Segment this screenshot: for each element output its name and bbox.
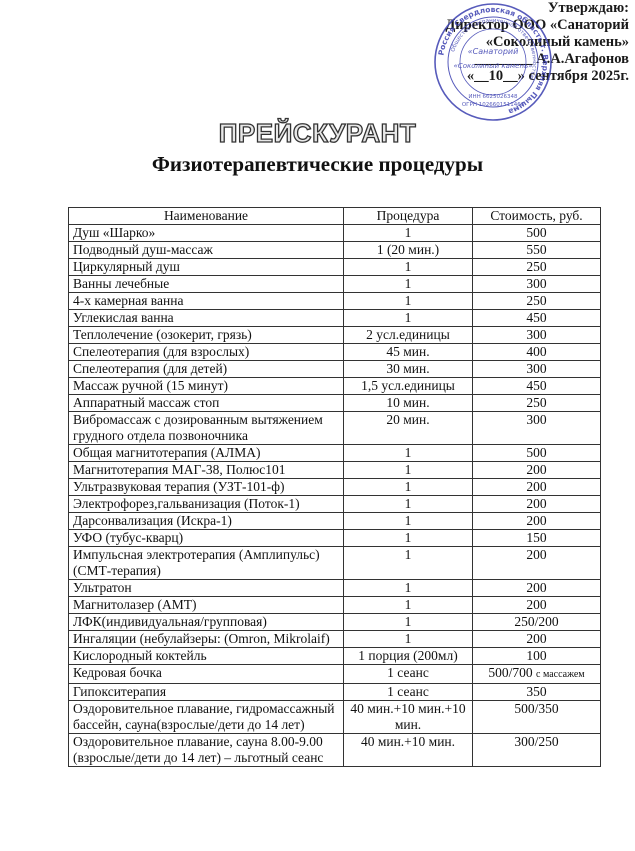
row-procedure: 1 порция (200мл) (344, 648, 473, 665)
row-procedure: 1 (344, 496, 473, 513)
row-procedure: 30 мин. (344, 361, 473, 378)
price-value: 200 (526, 580, 546, 595)
row-name: УФО (тубус-кварц) (69, 530, 344, 547)
row-procedure: 1 (344, 631, 473, 648)
table-row: Гипокситерапия1 сеанс350 (69, 684, 601, 701)
row-name: Душ «Шарко» (69, 225, 344, 242)
row-procedure: 1 (344, 445, 473, 462)
row-price: 200 (473, 496, 601, 513)
price-value: 350 (526, 684, 546, 699)
row-name: Ингаляции (небулайзеры: (Omron, Mikrolai… (69, 631, 344, 648)
price-value: 250 (526, 395, 546, 410)
row-procedure: 1 (344, 547, 473, 580)
price-value: 250 (526, 293, 546, 308)
price-value: 400 (526, 344, 546, 359)
row-price: 200 (473, 597, 601, 614)
approval-block: Утверждаю: Директор ООО «Санаторий «Соко… (445, 0, 629, 85)
table-row: Ингаляции (небулайзеры: (Omron, Mikrolai… (69, 631, 601, 648)
row-price: 450 (473, 310, 601, 327)
price-value: 200 (526, 496, 546, 511)
price-value: 100 (526, 648, 546, 663)
row-price: 150 (473, 530, 601, 547)
row-procedure: 1 (344, 276, 473, 293)
row-name: Спелеотерапия (для детей) (69, 361, 344, 378)
row-price: 200 (473, 631, 601, 648)
row-price: 250/200 (473, 614, 601, 631)
price-note: с массажем (536, 669, 585, 680)
table-row: Оздоровительное плавание, сауна 8.00-9.0… (69, 734, 601, 767)
row-name: Подводный душ-массаж (69, 242, 344, 259)
price-value: 200 (526, 547, 546, 562)
price-value: 500 (526, 445, 546, 460)
row-price: 200 (473, 513, 601, 530)
row-procedure: 1 сеанс (344, 684, 473, 701)
table-row: Ванны лечебные1300 (69, 276, 601, 293)
row-procedure: 1 (344, 580, 473, 597)
approval-line-3: «Соколиный камень» (445, 34, 629, 51)
price-value: 250/200 (514, 614, 558, 629)
price-value: 500/350 (514, 701, 558, 716)
row-name: Спелеотерапия (для взрослых) (69, 344, 344, 361)
table-header-row: Наименование Процедура Стоимость, руб. (69, 208, 601, 225)
row-name: Кедровая бочка (69, 665, 344, 684)
page-subtitle: Физиотерапевтические процедуры (0, 152, 635, 177)
row-name: Массаж ручной (15 минут) (69, 378, 344, 395)
row-name: Гипокситерапия (69, 684, 344, 701)
page-title: ПРЕЙСКУРАНТ (0, 118, 635, 149)
stamp-inn: ИНН 6625026348 (468, 94, 518, 100)
price-value: 300 (526, 361, 546, 376)
table-row: Общая магнитотерапия (АЛМА)1500 (69, 445, 601, 462)
row-price: 300 (473, 276, 601, 293)
row-price: 300/250 (473, 734, 601, 767)
price-value: 450 (526, 310, 546, 325)
row-price: 300 (473, 327, 601, 344)
price-value: 200 (526, 631, 546, 646)
row-name: 4-х камерная ванна (69, 293, 344, 310)
row-name: Кислородный коктейль (69, 648, 344, 665)
row-procedure: 40 мин.+10 мин.+10 мин. (344, 701, 473, 734)
row-name: Электрофорез,гальванизация (Поток-1) (69, 496, 344, 513)
row-name: Вибромассаж с дозированным вытяжением гр… (69, 412, 344, 445)
row-procedure: 1 (344, 293, 473, 310)
table-row: Массаж ручной (15 минут)1,5 усл.единицы4… (69, 378, 601, 395)
price-value: 250 (526, 259, 546, 274)
row-name: Циркулярный душ (69, 259, 344, 276)
row-procedure: 1 (344, 530, 473, 547)
row-price: 450 (473, 378, 601, 395)
row-procedure: 1,5 усл.единицы (344, 378, 473, 395)
row-name: Углекислая ванна (69, 310, 344, 327)
price-value: 500 (526, 225, 546, 240)
row-procedure: 40 мин.+10 мин. (344, 734, 473, 767)
approval-line-5: «__10__» сентября 2025г. (445, 68, 629, 85)
row-price: 500/700 с массажем (473, 665, 601, 684)
row-price: 250 (473, 293, 601, 310)
row-procedure: 1 (344, 225, 473, 242)
table-row: Импульсная электротерапия (Амплипульс) (… (69, 547, 601, 580)
table-row: Вибромассаж с дозированным вытяжением гр… (69, 412, 601, 445)
row-procedure: 1 (344, 462, 473, 479)
row-procedure: 1 (344, 259, 473, 276)
row-price: 300 (473, 361, 601, 378)
row-name: Магнитолазер (АМТ) (69, 597, 344, 614)
row-procedure: 20 мин. (344, 412, 473, 445)
row-name: Оздоровительное плавание, сауна 8.00-9.0… (69, 734, 344, 767)
approval-line-1: Утверждаю: (445, 0, 629, 17)
row-procedure: 45 мин. (344, 344, 473, 361)
row-procedure: 10 мин. (344, 395, 473, 412)
row-name: Магнитотерапия МАГ-38, Полюс101 (69, 462, 344, 479)
row-price: 200 (473, 479, 601, 496)
row-price: 500 (473, 445, 601, 462)
table-row: Ультратон1200 (69, 580, 601, 597)
price-table: Наименование Процедура Стоимость, руб. Д… (68, 207, 601, 767)
row-price: 200 (473, 462, 601, 479)
price-value: 550 (526, 242, 546, 257)
row-procedure: 2 усл.единицы (344, 327, 473, 344)
row-price: 250 (473, 395, 601, 412)
row-procedure: 1 (344, 597, 473, 614)
header-name: Наименование (69, 208, 344, 225)
row-name: Теплолечение (озокерит, грязь) (69, 327, 344, 344)
price-value: 300/250 (514, 734, 558, 749)
row-name: Ультразвуковая терапия (УЗТ-101-ф) (69, 479, 344, 496)
header-price: Стоимость, руб. (473, 208, 601, 225)
price-value: 500/700 (488, 665, 532, 680)
table-row: Кедровая бочка1 сеанс500/700 с массажем (69, 665, 601, 684)
row-price: 100 (473, 648, 601, 665)
table-row: 4-х камерная ванна1250 (69, 293, 601, 310)
row-price: 300 (473, 412, 601, 445)
row-name: ЛФК(индивидуальная/групповая) (69, 614, 344, 631)
table-row: Спелеотерапия (для детей)30 мин.300 (69, 361, 601, 378)
table-row: УФО (тубус-кварц)1150 (69, 530, 601, 547)
price-value: 300 (526, 327, 546, 342)
row-name: Ванны лечебные (69, 276, 344, 293)
row-price: 500 (473, 225, 601, 242)
table-row: Душ «Шарко»1500 (69, 225, 601, 242)
row-procedure: 1 (344, 310, 473, 327)
row-name: Ультратон (69, 580, 344, 597)
row-price: 350 (473, 684, 601, 701)
row-price: 500/350 (473, 701, 601, 734)
table-row: Спелеотерапия (для взрослых)45 мин.400 (69, 344, 601, 361)
price-value: 300 (526, 276, 546, 291)
table-row: Ультразвуковая терапия (УЗТ-101-ф)1200 (69, 479, 601, 496)
price-value: 450 (526, 378, 546, 393)
row-price: 200 (473, 580, 601, 597)
price-value: 200 (526, 513, 546, 528)
table-row: Теплолечение (озокерит, грязь)2 усл.един… (69, 327, 601, 344)
row-price: 550 (473, 242, 601, 259)
row-name: Аппаратный массаж стоп (69, 395, 344, 412)
table-row: Магнитотерапия МАГ-38, Полюс1011200 (69, 462, 601, 479)
row-name: Общая магнитотерапия (АЛМА) (69, 445, 344, 462)
price-value: 200 (526, 479, 546, 494)
price-value: 150 (526, 530, 546, 545)
table-row: Подводный душ-массаж1 (20 мин.)550 (69, 242, 601, 259)
table-row: ЛФК(индивидуальная/групповая)1250/200 (69, 614, 601, 631)
row-name: Оздоровительное плавание, гидромассажный… (69, 701, 344, 734)
approval-line-2: Директор ООО «Санаторий (445, 17, 629, 34)
row-procedure: 1 (344, 479, 473, 496)
table-row: Оздоровительное плавание, гидромассажный… (69, 701, 601, 734)
table-row: Кислородный коктейль1 порция (200мл)100 (69, 648, 601, 665)
stamp-ogrn: ОГРН 1026601511463 (462, 102, 525, 108)
row-price: 200 (473, 547, 601, 580)
row-price: 400 (473, 344, 601, 361)
row-procedure: 1 (344, 614, 473, 631)
row-name: Дарсонвализация (Искра-1) (69, 513, 344, 530)
table-row: Электрофорез,гальванизация (Поток-1)1200 (69, 496, 601, 513)
table-row: Магнитолазер (АМТ)1200 (69, 597, 601, 614)
row-procedure: 1 (20 мин.) (344, 242, 473, 259)
table-row: Углекислая ванна1450 (69, 310, 601, 327)
price-value: 200 (526, 597, 546, 612)
header-procedure: Процедура (344, 208, 473, 225)
row-price: 250 (473, 259, 601, 276)
table-row: Циркулярный душ1250 (69, 259, 601, 276)
approval-line-4: ________ А.А.Агафонов (445, 51, 629, 68)
price-value: 200 (526, 462, 546, 477)
price-value: 300 (526, 412, 546, 427)
row-procedure: 1 сеанс (344, 665, 473, 684)
table-row: Дарсонвализация (Искра-1)1200 (69, 513, 601, 530)
row-procedure: 1 (344, 513, 473, 530)
table-row: Аппаратный массаж стоп10 мин.250 (69, 395, 601, 412)
row-name: Импульсная электротерапия (Амплипульс) (… (69, 547, 344, 580)
